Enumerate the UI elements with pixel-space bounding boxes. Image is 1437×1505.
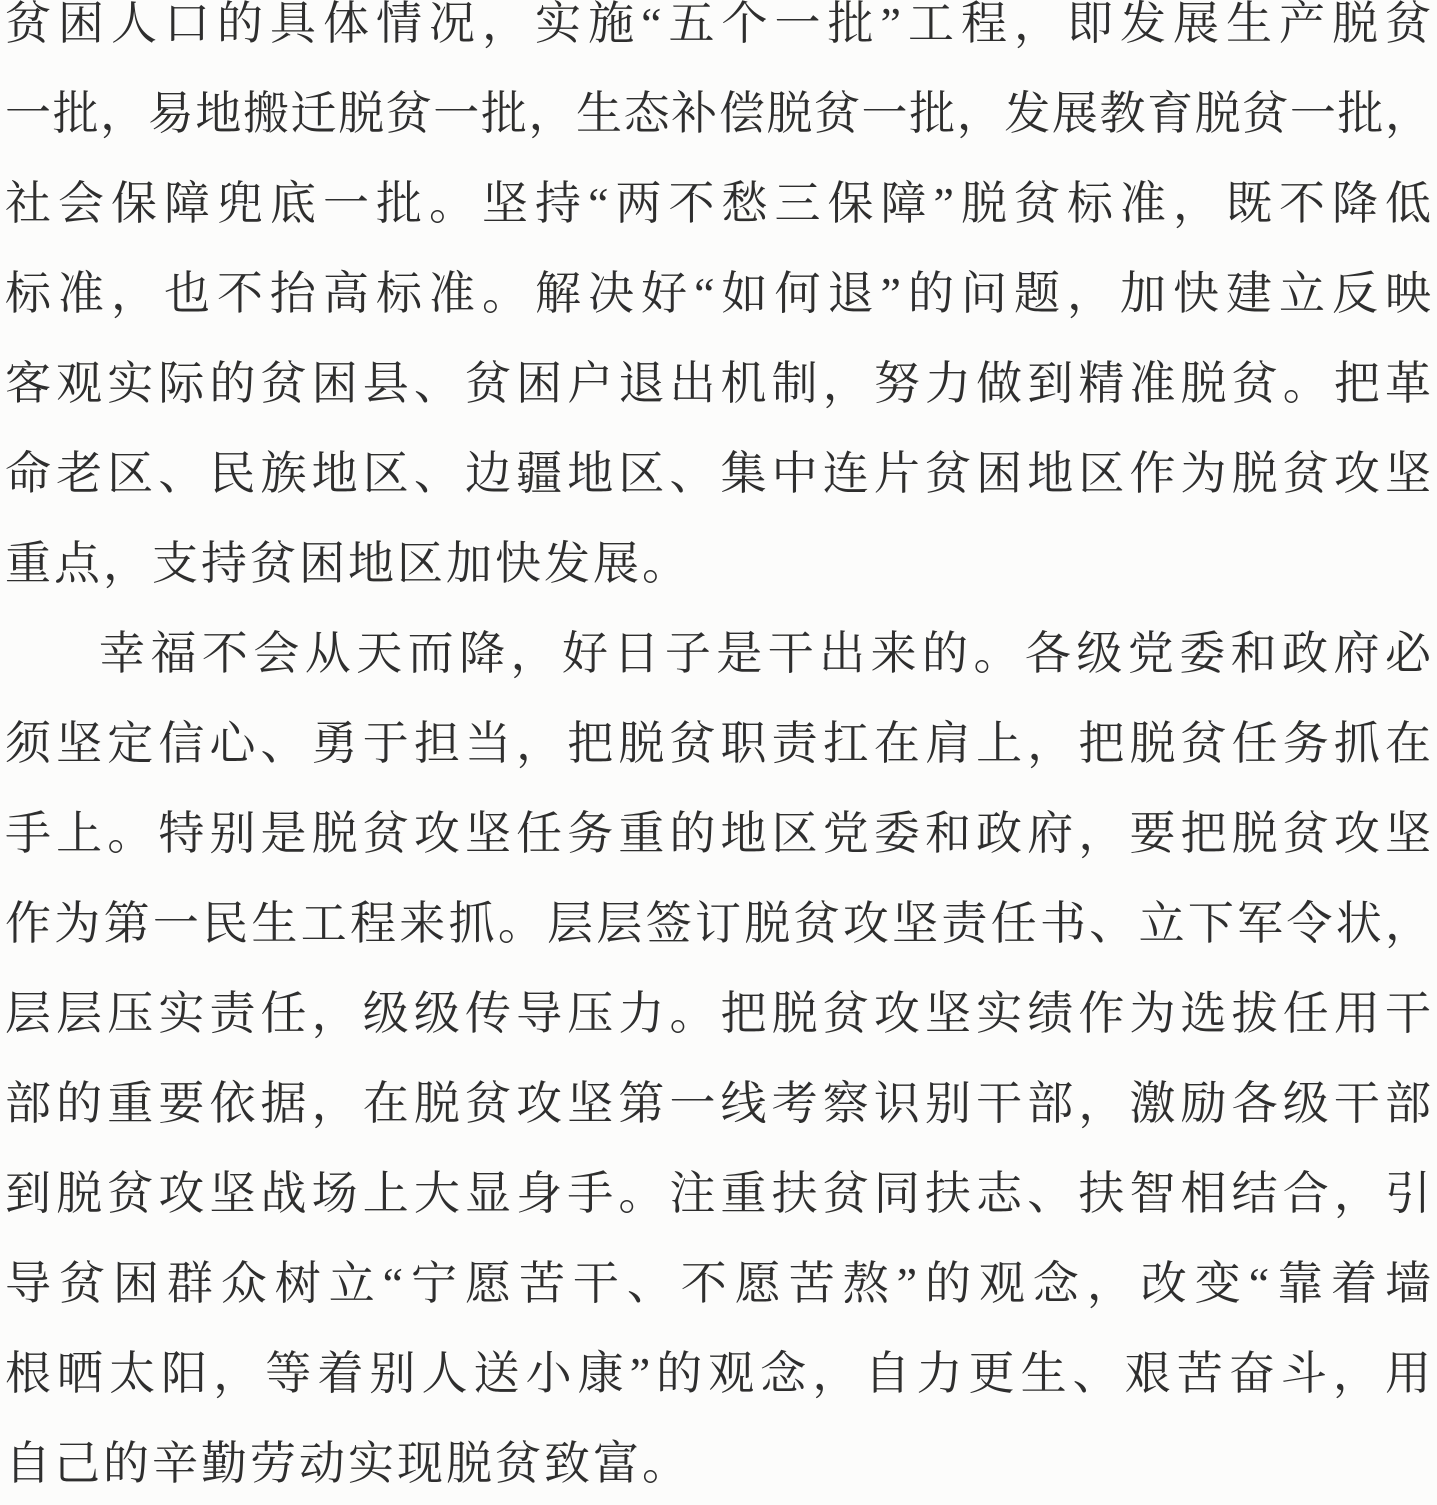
document-page: { "document": { "language": "zh-CN", "te… [0,0,1437,1505]
text-line: 标准，也不抬高标准。解决好“如何退”的问题，加快建立反映 [5,249,1431,339]
text-line: 幸福不会从天而降，好日子是干出来的。各级党委和政府必 [5,609,1431,699]
text-line: 到脱贫攻坚战场上大显身手。注重扶贫同扶志、扶智相结合，引 [5,1149,1431,1239]
text-line: 根晒太阳，等着别人送小康”的观念，自力更生、艰苦奋斗，用 [5,1329,1431,1419]
text-line: 自己的辛勤劳动实现脱贫致富。 [5,1419,1431,1505]
text-line: 重点，支持贫困地区加快发展。 [5,519,1431,609]
text-line: 须坚定信心、勇于担当，把脱贫职责扛在肩上，把脱贫任务抓在 [5,699,1431,789]
text-line: 社会保障兜底一批。坚持“两不愁三保障”脱贫标准，既不降低 [5,159,1431,249]
text-line: 部的重要依据，在脱贫攻坚第一线考察识别干部，激励各级干部 [5,1059,1431,1149]
text-line: 导贫困群众树立“宁愿苦干、不愿苦熬”的观念，改变“靠着墙 [5,1239,1431,1329]
text-line: 手上。特别是脱贫攻坚任务重的地区党委和政府，要把脱贫攻坚 [5,789,1431,879]
page-text: 贫困人口的具体情况，实施“五个一批”工程，即发展生产脱贫 一批，易地搬迁脱贫一批… [0,0,1437,1505]
text-line: 客观实际的贫困县、贫困户退出机制，努力做到精准脱贫。把革 [5,339,1431,429]
text-line: 一批，易地搬迁脱贫一批，生态补偿脱贫一批，发展教育脱贫一批， [5,69,1431,159]
text-line: 层层压实责任，级级传导压力。把脱贫攻坚实绩作为选拔任用干 [5,969,1431,1059]
text-line: 作为第一民生工程来抓。层层签订脱贫攻坚责任书、立下军令状， [5,879,1431,969]
text-line: 贫困人口的具体情况，实施“五个一批”工程，即发展生产脱贫 [5,0,1431,69]
text-line: 命老区、民族地区、边疆地区、集中连片贫困地区作为脱贫攻坚 [5,429,1431,519]
